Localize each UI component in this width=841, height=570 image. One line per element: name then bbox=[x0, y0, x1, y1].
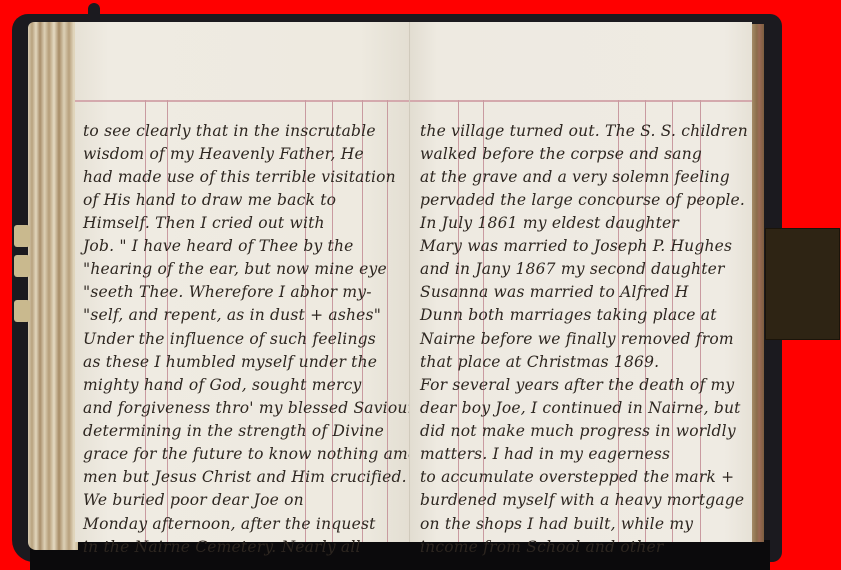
handwritten-line: Himself. Then I cried out with bbox=[83, 214, 325, 232]
handwritten-line: "hearing of the ear, but now mine eye bbox=[83, 260, 387, 278]
handwritten-line: Monday afternoon, after the inquest bbox=[83, 515, 376, 533]
page-stack-left bbox=[28, 22, 78, 550]
cover-corner-tab bbox=[88, 3, 100, 17]
handwritten-line: at the grave and a very solemn feeling bbox=[420, 168, 730, 186]
handwritten-line: Nairne before we finally removed from bbox=[420, 330, 734, 348]
handwritten-line: men but Jesus Christ and Him crucified. bbox=[83, 468, 407, 486]
handwritten-line: as these I humbled myself under the bbox=[83, 353, 377, 371]
handwritten-line: and forgiveness thro' my blessed Saviour bbox=[83, 399, 415, 417]
binding-clip-middle bbox=[14, 255, 30, 277]
right-page: the village turned out. The S. S. childr… bbox=[410, 22, 752, 542]
handwritten-line: did not make much progress in worldly bbox=[420, 422, 736, 440]
left-page: to see clearly that in the inscrutable w… bbox=[75, 22, 410, 542]
handwritten-line: burdened myself with a heavy mortgage bbox=[420, 491, 744, 509]
handwritten-line: in the Nairne Cemetery. Nearly all bbox=[83, 538, 361, 556]
page-stack-right bbox=[752, 24, 764, 542]
handwritten-line: In July 1861 my eldest daughter bbox=[420, 214, 679, 232]
handwritten-line: pervaded the large concourse of people. bbox=[420, 191, 745, 209]
handwritten-line: We buried poor dear Joe on bbox=[83, 491, 304, 509]
handwritten-line: on the shops I had built, while my bbox=[420, 515, 693, 533]
handwritten-line: income from School and other bbox=[420, 538, 663, 556]
header-rule bbox=[75, 100, 410, 102]
handwritten-line: dear boy Joe, I continued in Nairne, but bbox=[420, 399, 741, 417]
handwritten-line: the village turned out. The S. S. childr… bbox=[420, 122, 748, 140]
handwritten-line: that place at Christmas 1869. bbox=[420, 353, 659, 371]
handwritten-line: and in Jany 1867 my second daughter bbox=[420, 260, 725, 278]
handwritten-line: to see clearly that in the inscrutable bbox=[83, 122, 376, 140]
handwritten-line: walked before the corpse and sang bbox=[420, 145, 702, 163]
handwritten-line: wisdom of my Heavenly Father, He bbox=[83, 145, 364, 163]
binding-clip-top bbox=[14, 225, 30, 247]
handwritten-line: to accumulate overstepped the mark + bbox=[420, 468, 734, 486]
handwritten-line: Susanna was married to Alfred H bbox=[420, 283, 689, 301]
handwritten-line: "seeth Thee. Wherefore I abhor my- bbox=[83, 283, 372, 301]
binding-clip-bottom bbox=[14, 300, 30, 322]
handwritten-line: of His hand to draw me back to bbox=[83, 191, 336, 209]
handwritten-line: mighty hand of God, sought mercy bbox=[83, 376, 361, 394]
handwritten-line: "self, and repent, as in dust + ashes" bbox=[83, 306, 381, 324]
handwritten-line: had made use of this terrible visitation bbox=[83, 168, 396, 186]
handwritten-line: Under the influence of such feelings bbox=[83, 330, 376, 348]
handwritten-line: matters. I had in my eagerness bbox=[420, 445, 670, 463]
handwritten-line: Job. " I have heard of Thee by the bbox=[83, 237, 354, 255]
handwritten-line: grace for the future to know nothing amo… bbox=[83, 445, 438, 463]
handwritten-line: Dunn both marriages taking place at bbox=[420, 306, 717, 324]
book-clasp bbox=[765, 228, 840, 340]
handwritten-line: Mary was married to Joseph P. Hughes bbox=[420, 237, 732, 255]
handwritten-line: determining in the strength of Divine bbox=[83, 422, 384, 440]
handwritten-line: For several years after the death of my bbox=[420, 376, 734, 394]
